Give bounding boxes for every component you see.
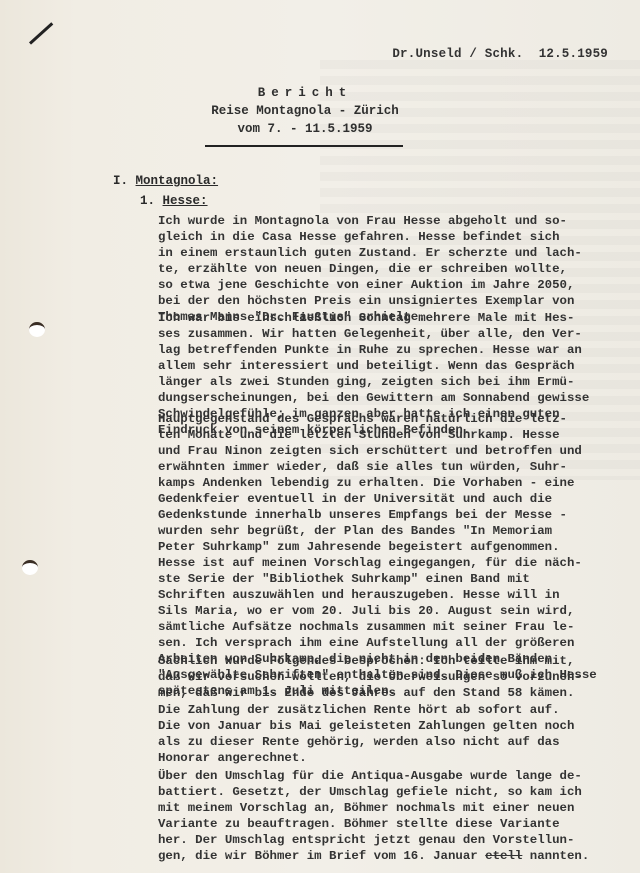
- struck-out-word: etell: [485, 849, 522, 863]
- text-line: mit meinem Vorschlag an, Böhmer nochmals…: [158, 800, 628, 816]
- text-line: gleich in die Casa Hesse gefahren. Hesse…: [158, 229, 628, 245]
- typewritten-report-page: Dr.Unseld / Schk. 12.5.1959 Bericht Reis…: [0, 0, 640, 873]
- text-line: kamps Andenken lebendig zu erhalten. Die…: [158, 475, 628, 491]
- subsection-heading: 1. Hesse:: [140, 194, 208, 208]
- title-dates: vom 7. - 11.5.1959: [200, 120, 410, 138]
- section-heading: I. Montagnola:: [113, 174, 218, 188]
- subsection-label: Hesse:: [163, 194, 208, 208]
- text-line: wurden sehr begrüßt, der Plan des Bandes…: [158, 523, 628, 539]
- text-line: Sachlich wurde Folgendes besprochen: Ich…: [158, 653, 628, 669]
- pen-check-mark: [29, 22, 53, 44]
- date: 12.5.1959: [539, 47, 608, 61]
- section-number: I.: [113, 174, 128, 188]
- text-fragment: nannten.: [530, 849, 590, 863]
- text-line: men, daß wir bis Ende des Jahres auf den…: [158, 685, 628, 701]
- title-trip: Reise Montagnola - Zürich: [200, 102, 410, 120]
- text-line: ste Serie der "Bibliothek Suhrkamp" eine…: [158, 571, 628, 587]
- paragraph-4: Sachlich wurde Folgendes besprochen: Ich…: [158, 653, 628, 701]
- text-line: Honorar angerechnet.: [158, 750, 628, 766]
- text-line: te, erzählte von neuen Dingen, die er sc…: [158, 261, 628, 277]
- text-line: so etwa jene Geschichte von einer Auktio…: [158, 277, 628, 293]
- text-line: in einem erstaunlich guten Zustand. Er s…: [158, 245, 628, 261]
- text-line: länger als zwei Stunden ging, zeigten si…: [158, 374, 628, 390]
- subsection-number: 1.: [140, 194, 155, 208]
- punch-hole-top: [29, 322, 45, 337]
- text-line: daß wir versuchen wollten, die Überweisu…: [158, 669, 628, 685]
- text-line: battiert. Gesetzt, der Umschlag gefiele …: [158, 784, 628, 800]
- text-fragment: gen, die wir Böhmer im Brief vom 16. Jan…: [158, 849, 478, 863]
- text-line: und Frau Ninon zeigten sich erschüttert …: [158, 443, 628, 459]
- text-line: bei der den höchsten Preis ein unsignier…: [158, 293, 628, 309]
- text-line: allem sehr interessiert und beteiligt. W…: [158, 358, 628, 374]
- text-line: Schriften auszuwählen und herauszugeben.…: [158, 587, 628, 603]
- text-line: her. Der Umschlag entspricht jetzt genau…: [158, 832, 628, 848]
- text-line: sen. Ich versprach ihm eine Aufstellung …: [158, 635, 628, 651]
- text-line: Gedenkfeier eventuell in der Universität…: [158, 491, 628, 507]
- text-line: Über den Umschlag für die Antiqua-Ausgab…: [158, 768, 628, 784]
- text-line: Die von Januar bis Mai geleisteten Zahlu…: [158, 718, 628, 734]
- text-line: Hesse ist auf meinen Vorschlag eingegang…: [158, 555, 628, 571]
- text-line: Peter Suhrkamp" zum Jahresende begeister…: [158, 539, 628, 555]
- paragraph-1: Ich wurde in Montagnola von Frau Hesse a…: [158, 213, 628, 325]
- text-line: dungserscheinungen, bei den Gewittern am…: [158, 390, 628, 406]
- punch-hole-bottom: [22, 560, 38, 575]
- text-line: Ich wurde in Montagnola von Frau Hesse a…: [158, 213, 628, 229]
- letter-reference-line: Dr.Unseld / Schk. 12.5.1959: [392, 47, 608, 61]
- text-line: Gedenkstunde innerhalb unseres Empfangs …: [158, 507, 628, 523]
- report-title: Bericht Reise Montagnola - Zürich vom 7.…: [200, 84, 410, 138]
- text-line: erwähnten immer wieder, daß sie alles tu…: [158, 459, 628, 475]
- paragraph-5: Die Zahlung der zusätzlichen Rente hört …: [158, 702, 628, 766]
- text-line: ses zusammen. Wir hatten Gelegenheit, üb…: [158, 326, 628, 342]
- text-line: Hauptgegenstand des Gesprächs waren natü…: [158, 411, 628, 427]
- text-line: sämtliche Aufsätze nochmals zusammen mit…: [158, 619, 628, 635]
- text-line: Variante zu beauftragen. Böhmer stellte …: [158, 816, 628, 832]
- text-line: Ich war bis einschließlich Sonntag mehre…: [158, 310, 628, 326]
- paragraph-6: Über den Umschlag für die Antiqua-Ausgab…: [158, 768, 628, 864]
- text-line: Die Zahlung der zusätzlichen Rente hört …: [158, 702, 628, 718]
- text-line: als zu dieser Rente gehörig, werden also…: [158, 734, 628, 750]
- text-line: lag betreffenden Punkte in Ruhe zu sprec…: [158, 342, 628, 358]
- title-bericht: Bericht: [200, 84, 410, 102]
- text-line: ten Monate und die letzten Stunden von S…: [158, 427, 628, 443]
- section-label: Montagnola:: [136, 174, 219, 188]
- title-underline: [205, 145, 403, 147]
- reference: Dr.Unseld / Schk.: [392, 47, 523, 61]
- text-line-final: gen, die wir Böhmer im Brief vom 16. Jan…: [158, 848, 628, 864]
- text-line: Sils Maria, wo er vom 20. Juli bis 20. A…: [158, 603, 628, 619]
